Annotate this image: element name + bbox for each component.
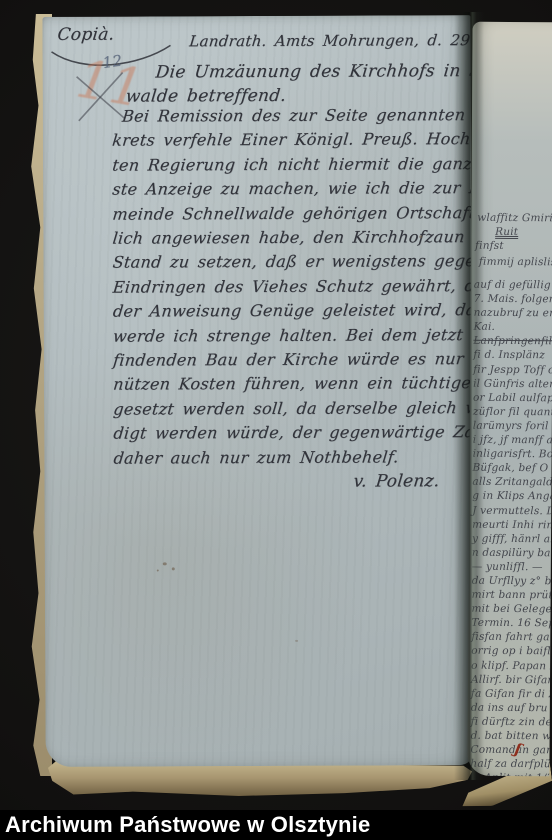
fragment-line: or Labil aulfaporta d <box>473 390 552 405</box>
fragment-line: fi dürftz zin den 2b <box>471 715 551 730</box>
fragment-line: 7. Mais. folgend <box>474 292 552 307</box>
ink-speck <box>172 567 175 570</box>
fragment-line: d. bat bitten wendi z <box>471 729 551 744</box>
adjacent-page: wlaffitz Gmirism Ruit finfst fimmij apli… <box>467 22 552 777</box>
subject-line-1: Die Umzäunung des Kirchhofs in Schnell= <box>155 61 474 83</box>
fragment-line: Kai. <box>473 320 552 335</box>
fragment-line: 7. Anlit mit 1/3 galanzt <box>470 771 550 776</box>
signature: v. Polenz. <box>352 471 440 491</box>
fragment-line: half za darfplüz dr <box>470 757 550 772</box>
fragment-line: Termin. 16 Sept. gan <box>471 616 551 631</box>
ink-speck <box>157 569 159 571</box>
body-line: daher auch nur zum Nothbehelf. <box>112 444 473 471</box>
fragment-line: n daspilüry bar Da <box>472 546 552 561</box>
fragment-line: orrig op i baiflaba <box>471 644 551 659</box>
fragment-line: meurti Inhi rins barli <box>472 517 552 532</box>
fragment-line: da Urfllyy z° bef <box>472 574 552 589</box>
body-line: der Anweisung Genüge geleistet wird, dar… <box>112 298 474 325</box>
body-line: nützen Kosten führen, wenn ein tüchtiger… <box>112 371 474 398</box>
body-line: Stand zu setzen, daß er wenigstens gegen… <box>111 249 473 276</box>
ink-speck <box>419 235 422 238</box>
fragment-line: fisfan fahrt ganspanzist <box>471 630 551 645</box>
body-line: findenden Bau der Kirche würde es nur zu… <box>112 347 474 374</box>
fragment-line: nazubruf zu er— <box>474 306 552 321</box>
margin-fragment-underlined: Ruit <box>495 226 518 238</box>
ink-speck <box>163 562 167 565</box>
body-line: ten Regierung ich nicht hiermit die ganz… <box>111 151 474 178</box>
letter-body: Bei Remission des zur Seite genannten ho… <box>111 103 474 471</box>
body-line: Bei Remission des zur Seite genannten ho… <box>111 102 474 129</box>
fragment-line: alls Zritangaldand. (g <box>472 475 552 490</box>
archive-watermark-label: Archiwum Państwowe w Olsztynie <box>0 812 370 838</box>
body-line: krets verfehle Einer Königl. Preuß. Hoch… <box>111 127 474 154</box>
fragment-line: y gifff, hänrl alt Ma <box>472 531 552 546</box>
dateline: Landrath. Amts Mohrungen, d. 29ten April <box>189 31 474 51</box>
fragment-line: auf di gefüllig zu befind <box>474 278 552 293</box>
margin-fragment: finfst <box>475 240 504 252</box>
fragment-line: fa Gifan fir di Zritan <box>471 686 551 701</box>
body-line: meinde Schnellwalde gehörigen Ortschafte… <box>111 200 473 227</box>
fragment-line: mirt bann prüt kr ver <box>472 588 552 603</box>
fragment-line: il Günfris alter <box>473 376 552 391</box>
body-line: Eindringen des Viehes Schutz gewährt, da… <box>112 273 474 300</box>
archival-scan: Copià. 12 11 Landrath. Amts Mohrungen, d… <box>0 0 552 840</box>
fragment-line: fi d. Insplänz <box>473 348 552 363</box>
fragment-line: i jfz, jf manff al fif <box>473 433 552 448</box>
fragment-line: — yunliffl. — <box>472 560 552 575</box>
fragment-line: mit bei Gelegenfil der <box>471 602 551 617</box>
fragment-line: Allirf. bir Gifangagt bri <box>471 672 551 687</box>
fragment-line: Lanfpringenfil <box>473 334 552 349</box>
ink-speck <box>295 640 298 642</box>
fragment-line: o klipf. Papan Irprüfsd <box>471 658 551 673</box>
fragment-line: da ins auf bru b <box>471 701 551 716</box>
body-line: ste Anzeige zu machen, wie ich die zur K… <box>111 176 473 203</box>
fragment-line: larümyrs foril za. <box>473 419 552 434</box>
fragment-line: g in Klips Angaligen. <box>472 489 552 504</box>
fragment-line: Büfgak, bef O hisn <box>472 461 552 476</box>
body-line: werde ich strenge halten. Bei dem jetzt … <box>112 322 474 349</box>
fragment-line: Comandan gamigt wird z <box>471 743 551 758</box>
fragment-line: züflor fil quantis. if <box>473 405 552 420</box>
fragment-line: inligarisfrt. Bolegium <box>473 447 552 462</box>
body-line: gesetzt werden soll, da derselbe gleich … <box>112 395 474 422</box>
adjacent-page-text: auf di gefüllig zu befind7. Mais. folgen… <box>470 278 552 777</box>
footer-bar: Archiwum Państwowe w Olsztynie <box>0 810 552 840</box>
manuscript-page: Copià. 12 11 Landrath. Amts Mohrungen, d… <box>42 15 473 767</box>
fragment-line: fir Jespp Toff offen <box>473 362 552 377</box>
body-line: digt werden würde, der gegenwärtige Zaun… <box>112 420 473 447</box>
margin-fragment: wlaffitz Gmirism <box>477 212 552 225</box>
fragment-line: J vermuttels. Damit <box>472 503 552 518</box>
margin-fragment: fimmij aplislis vir <box>479 256 552 269</box>
